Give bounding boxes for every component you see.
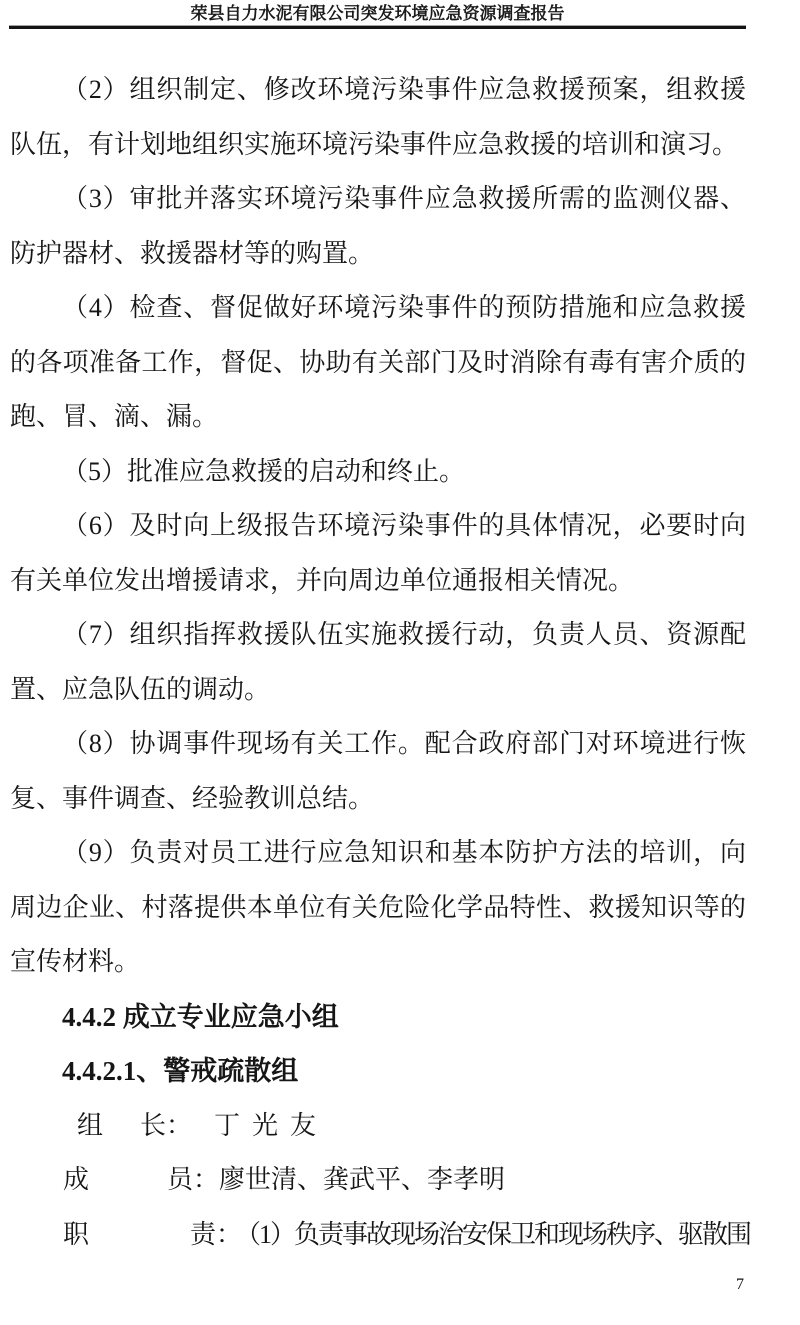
page-header: 荣县自力水泥有限公司突发环境应急资源调查报告 — [0, 0, 800, 29]
role-label: 组 — [77, 1111, 103, 1140]
role-value: （1）负责事故现场治安保卫和现场秩序、驱散围 — [248, 1220, 750, 1249]
role-line-leader: 组长：丁光友 — [10, 1099, 746, 1154]
paragraph-line: （7）组织指挥救援队伍实施救援行动，负责人员、资源配 — [10, 608, 746, 663]
paragraph-line: （3）审批并落实环境污染事件应急救援所需的监测仪器、 — [10, 172, 746, 227]
paragraph-line: （6）及时向上级报告环境污染事件的具体情况，必要时向 — [10, 499, 746, 554]
page-number: 7 — [736, 1276, 744, 1294]
document-page: 荣县自力水泥有限公司突发环境应急资源调查报告 （2）组织制定、修改环境污染事件应… — [0, 0, 800, 1325]
paragraph-line: 队伍，有计划地组织实施环境污染事件应急救援的培训和演习。 — [10, 118, 746, 173]
paragraph-line: 周边企业、村落提供本单位有关危险化学品特性、救援知识等的 — [10, 881, 746, 936]
section-heading: 4.4.2 成立专业应急小组 — [10, 990, 746, 1045]
paragraph-line: （8）协调事件现场有关工作。配合政府部门对环境进行恢 — [10, 717, 746, 772]
role-label-colon: 长： — [140, 1111, 192, 1140]
role-value: 丁光友 — [214, 1111, 328, 1140]
paragraph-line: （5）批准应急救援的启动和终止。 — [10, 445, 746, 500]
paragraph-line: 跑、冒、滴、漏。 — [10, 390, 746, 445]
header-rule — [9, 25, 746, 29]
paragraph-line: （9）负责对员工进行应急知识和基本防护方法的培训，向 — [10, 826, 746, 881]
role-line-members: 成员：廖世清、龚武平、李孝明 — [10, 1153, 746, 1208]
paragraph-line: （4）检查、督促做好环境污染事件的预防措施和应急救援 — [10, 281, 746, 336]
paragraph-line: （2）组织制定、修改环境污染事件应急救援预案，组救援 — [10, 63, 746, 118]
header-title: 荣县自力水泥有限公司突发环境应急资源调查报告 — [9, 4, 746, 23]
role-label: 职 — [63, 1220, 89, 1249]
role-label: 成 — [63, 1165, 89, 1194]
paragraph-line: 的各项准备工作，督促、协助有关部门及时消除有毒有害介质的 — [10, 336, 746, 391]
paragraph-line: 有关单位发出增援请求，并向周边单位通报相关情况。 — [10, 554, 746, 609]
paragraph-line: 复、事件调查、经验教训总结。 — [10, 772, 746, 827]
subsection-heading: 4.4.2.1、警戒疏散组 — [10, 1044, 746, 1099]
paragraph-line: 宣传材料。 — [10, 935, 746, 990]
paragraph-line: 置、应急队伍的调动。 — [10, 663, 746, 718]
paragraph-line: 防护器材、救援器材等的购置。 — [10, 227, 746, 282]
role-value: 廖世清、龚武平、李孝明 — [219, 1165, 505, 1194]
role-label-colon: 员： — [167, 1165, 219, 1194]
role-label-colon: 责： — [190, 1220, 242, 1249]
document-body: （2）组织制定、修改环境污染事件应急救援预案，组救援 队伍，有计划地组织实施环境… — [10, 63, 746, 1262]
header-rule-thick — [9, 26, 746, 29]
role-line-duties: 职责：（1）负责事故现场治安保卫和现场秩序、驱散围 — [10, 1208, 746, 1263]
